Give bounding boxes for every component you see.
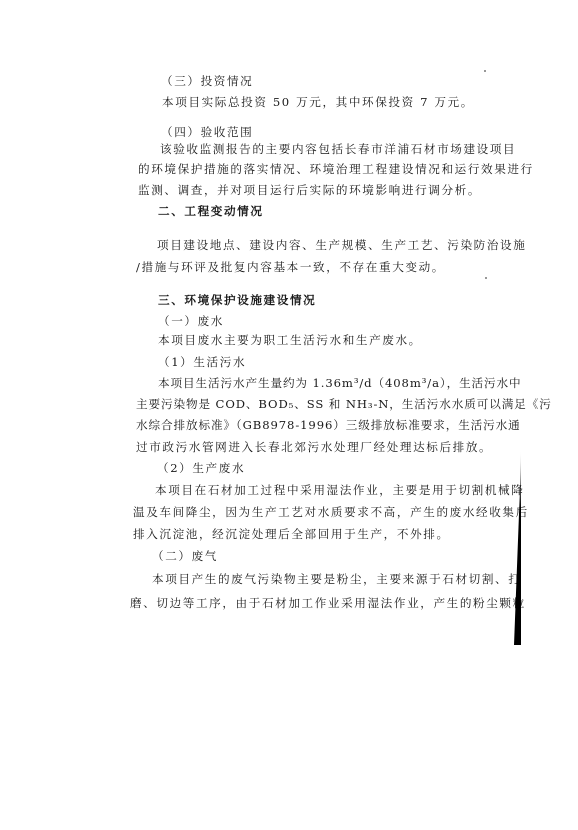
item-heading-production-wastewater: （2）生产废水: [157, 461, 245, 475]
paragraph-line: 本项目在石材加工过程中采用湿法作业，主要是用于切割机械降: [155, 483, 524, 497]
paragraph-line: 温及车间降尘，因为生产工艺对水质要求不高，产生的废水经收集后: [133, 505, 529, 519]
paragraph-line: 水综合排放标准》（GB8978-1996）三级排放标准要求，生活污水通: [136, 418, 521, 432]
scanned-document-page: （三）投资情况 本项目实际总投资 50 万元，其中环保投资 7 万元。 （四）验…: [0, 0, 578, 830]
scan-edge-shadow: [514, 450, 521, 645]
paragraph-line: 本项目产生的废气污染物主要是粉尘，主要来源于石材切割、打: [152, 572, 521, 586]
section-heading-environmental-facilities: 三、环境保护设施建设情况: [158, 293, 316, 307]
paragraph-line: 该验收监测报告的主要内容包括长春市洋浦石材市场建设项目: [160, 142, 516, 156]
subsection-heading-investment: （三）投资情况: [161, 74, 253, 88]
paragraph-line: 排入沉淀池，经沉淀处理后全部回用于生产，不外排。: [133, 527, 450, 541]
paragraph-line: 监测、调查，并对项目运行后实际的环境影响进行调分析。: [138, 183, 481, 197]
section-heading-engineering-changes: 二、工程变动情况: [158, 204, 264, 218]
scan-speck: [485, 277, 487, 279]
item-heading-domestic-sewage: （1）生活污水: [158, 355, 246, 369]
paragraph-line: 的环境保护措施的落实情况、环境治理工程建设情况和运行效果进行: [138, 162, 534, 176]
paragraph-line: 磨、切边等工序，由于石材加工作业采用湿法作业，产生的粉尘颗粒: [130, 596, 526, 610]
paragraph-line: 本项目废水主要为职工生活污水和生产废水。: [158, 333, 422, 347]
scan-speck: [484, 70, 486, 72]
paragraph-line: 本项目实际总投资 50 万元，其中环保投资 7 万元。: [162, 95, 474, 109]
paragraph-line: 过市政污水管网进入长春北郊污水处理厂经处理达标后排放。: [136, 440, 492, 454]
subsection-heading-exhaust-gas: （二）废气: [152, 549, 218, 563]
subsection-heading-acceptance-scope: （四）验收范围: [161, 125, 253, 139]
subsection-heading-wastewater: （一）废水: [158, 314, 224, 328]
paragraph-line: /措施与环评及批复内容基本一致，不存在重大变动。: [136, 260, 445, 274]
scan-speck: [486, 492, 488, 494]
paragraph-line: 主要污染物是 COD、BOD₅、SS 和 NH₃-N，生活污水水质可以满足《污: [136, 397, 552, 411]
paragraph-line: 项目建设地点、建设内容、生产规模、生产工艺、污染防治设施: [157, 238, 526, 252]
paragraph-line: 本项目生活污水产生量约为 1.36m³/d（408m³/a），生活污水中: [158, 376, 522, 390]
